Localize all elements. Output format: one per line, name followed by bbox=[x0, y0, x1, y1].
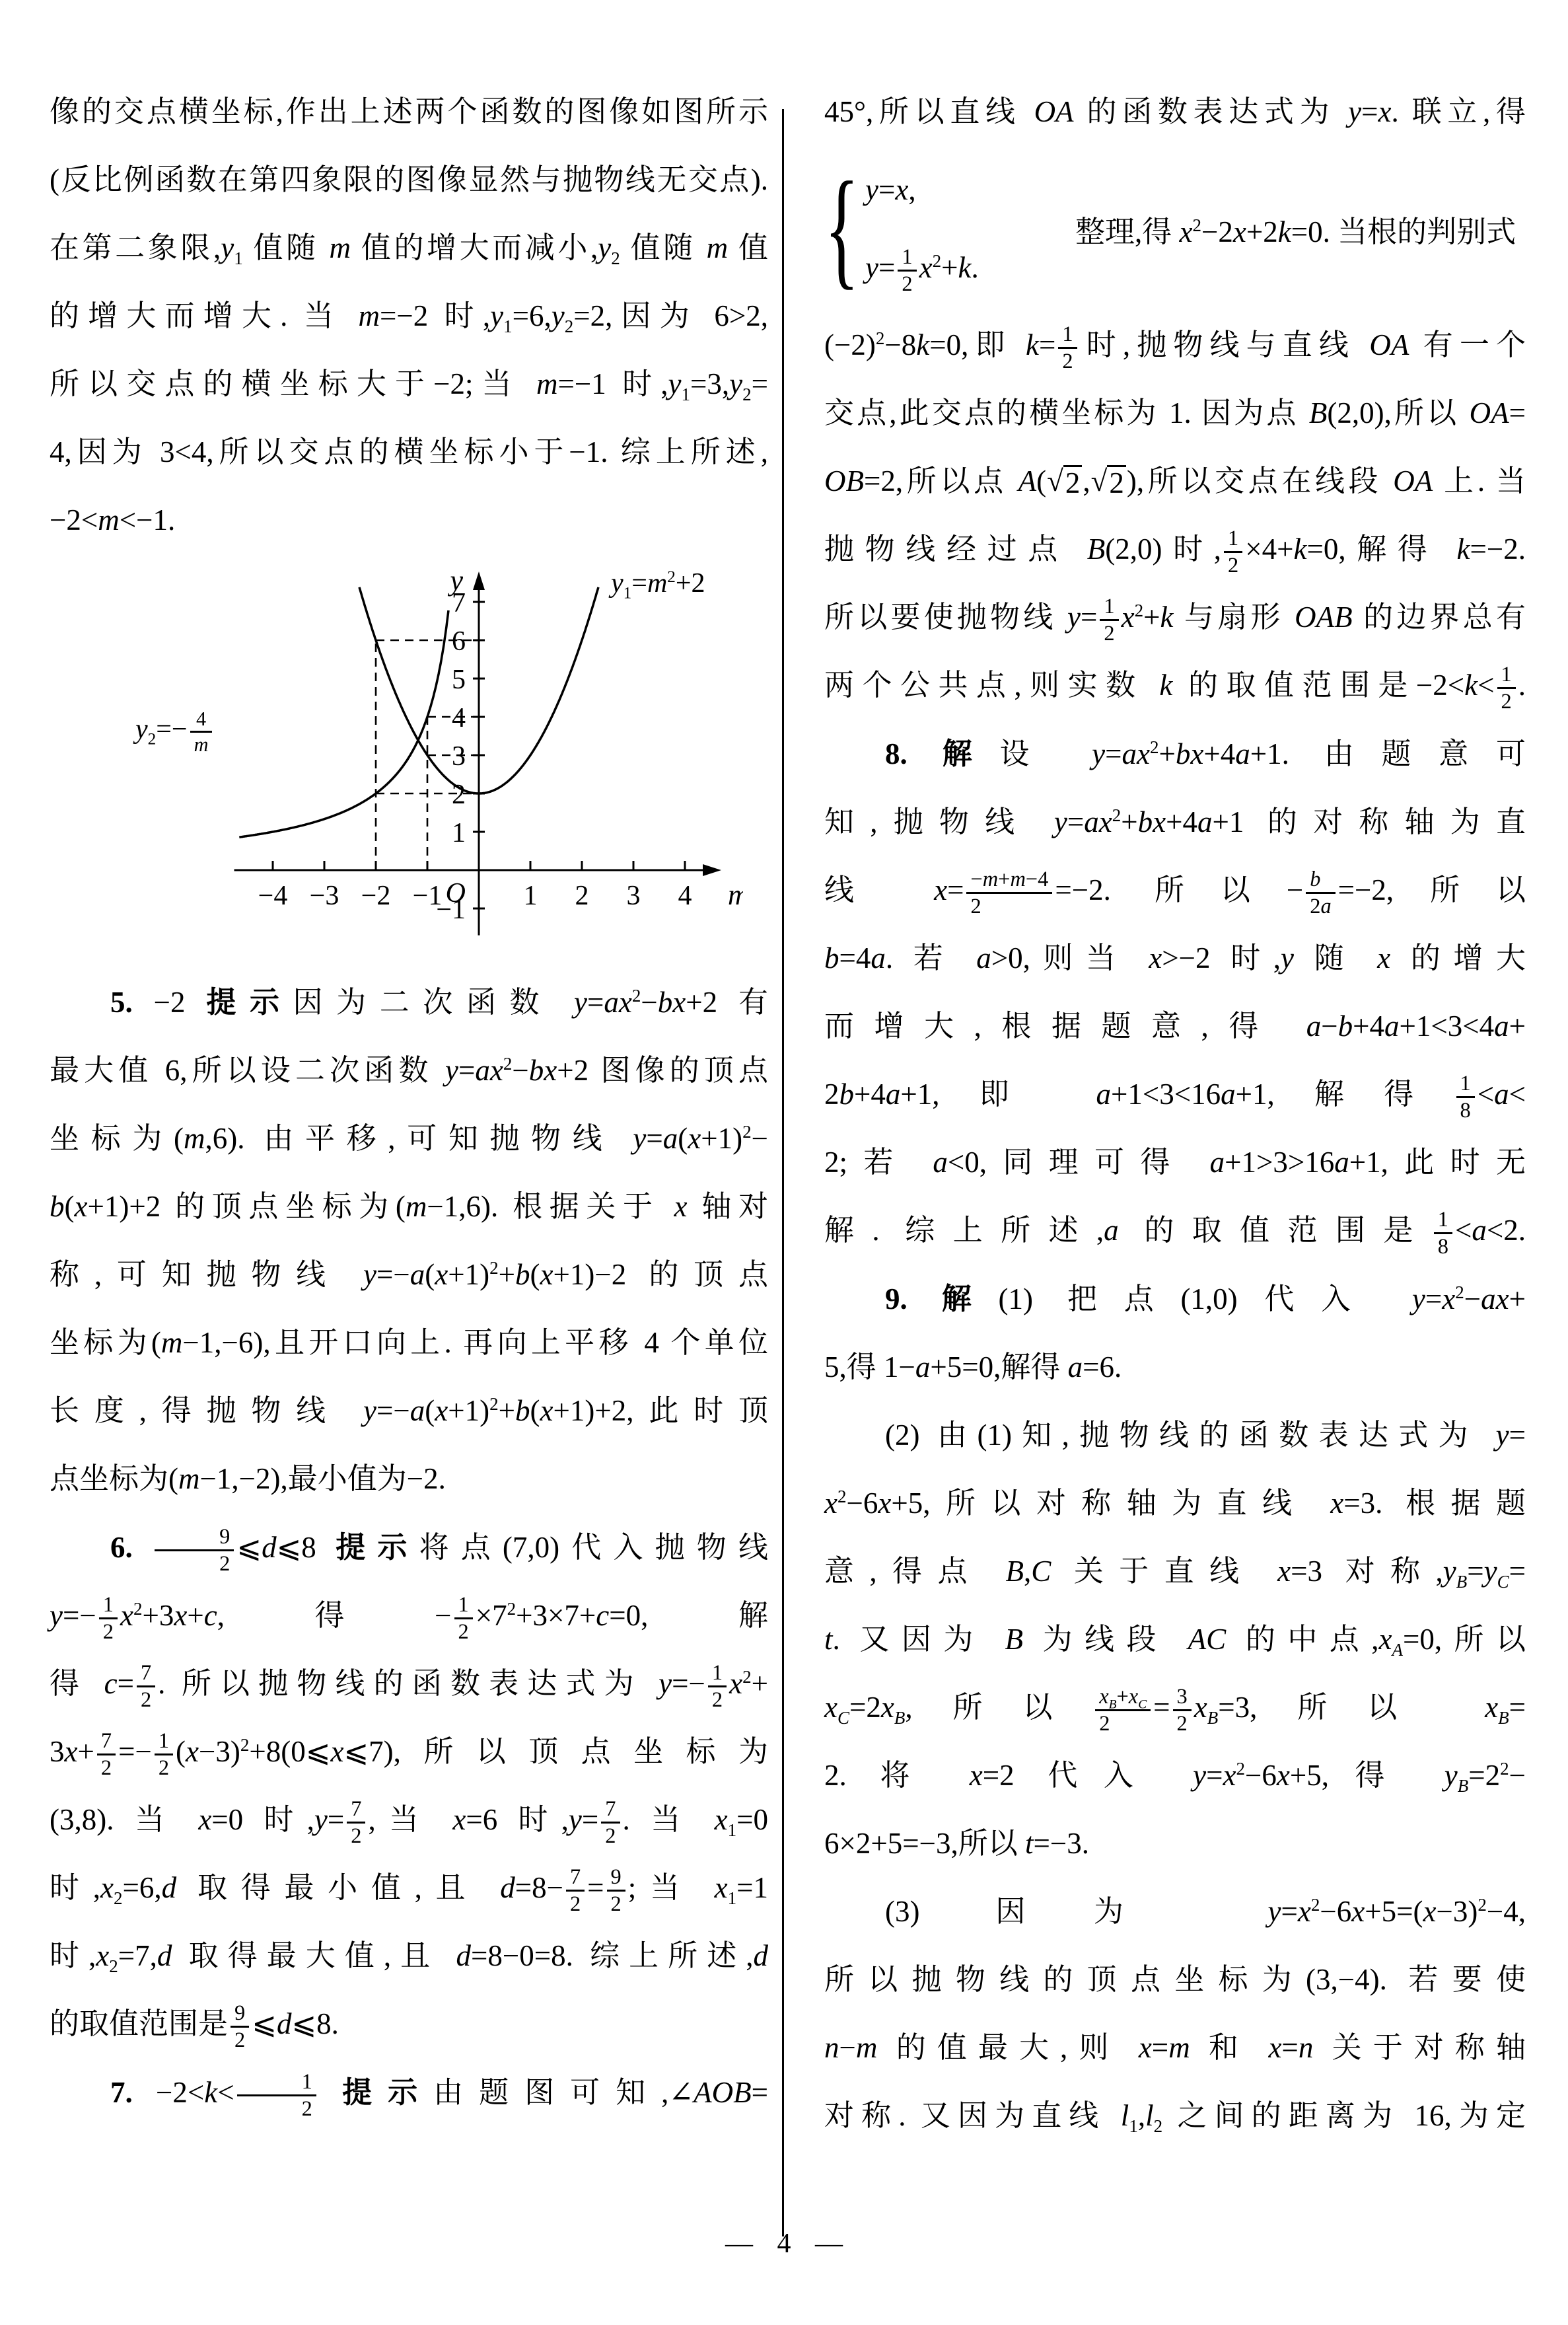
text-line: 时,x2=7,d 取得最大值,且 d=8−0=8. 综上所述,d bbox=[50, 1922, 768, 1990]
math-h: 解 bbox=[943, 737, 1000, 770]
system-eq-1: y=x, bbox=[865, 151, 1063, 229]
function-graph: ymO−4−3−2−112341234567−1 y1=m2+2 y2=−4m bbox=[89, 560, 789, 968]
text-line: 5,得 1−a+5=0,解得 a=6. bbox=[824, 1333, 1526, 1401]
fraction: −m+m−42 bbox=[966, 868, 1052, 918]
math-sub: 1 bbox=[503, 316, 513, 336]
math-h: 提示 bbox=[336, 1530, 419, 1564]
text-line: 6×2+5=−3,所以 t=−3. bbox=[824, 1810, 1526, 1878]
svg-text:−4: −4 bbox=[258, 881, 288, 911]
math-sub: 1 bbox=[728, 1888, 737, 1908]
answer-7-line: 7. −2<k<12 提示由题图可知,∠AOB= bbox=[50, 2058, 768, 2127]
square-root: √2 bbox=[1091, 465, 1126, 500]
fraction: 18 bbox=[1456, 1072, 1475, 1123]
fraction: 12 bbox=[155, 1730, 173, 1780]
fraction: 12 bbox=[1100, 595, 1118, 646]
math-sub: C bbox=[837, 1708, 849, 1728]
math-sub: 2 bbox=[148, 731, 157, 749]
math-sub: 1 bbox=[234, 248, 243, 268]
svg-text:1: 1 bbox=[524, 881, 538, 911]
graph-canvas: ymO−4−3−2−112341234567−1 bbox=[89, 560, 789, 956]
text-line: 在第二象限,y1 值随 m 值的增大而减小,y2 值随 m 值 bbox=[50, 214, 768, 282]
math-sup: 2 bbox=[1135, 601, 1144, 620]
text-line: 时,x2=6,d 取得最小值,且 d=8−72=92;当 x1=1 bbox=[50, 1854, 768, 1922]
system-eq-2: y=12x2+k. bbox=[865, 229, 1063, 307]
math-sup: 2 bbox=[1193, 215, 1202, 235]
right-column: 45°,所以直线 OA 的函数表达式为 y=x. 联立,得 { y=x, y=1… bbox=[824, 78, 1526, 2150]
fraction: 72 bbox=[347, 1798, 365, 1848]
fraction: 12 bbox=[1058, 323, 1077, 373]
text-line: 交点,此交点的横坐标为 1. 因为点 B(2,0),所以 OA= bbox=[824, 379, 1526, 447]
answer-6-line: 6. 92⩽d⩽8 提示将点(7,0)代入抛物线 bbox=[50, 1513, 768, 1582]
math-sup: 2 bbox=[1236, 1759, 1245, 1779]
svg-text:5: 5 bbox=[452, 665, 466, 695]
svg-text:7: 7 bbox=[452, 588, 466, 618]
svg-text:m: m bbox=[728, 879, 743, 911]
fraction: 72 bbox=[137, 1662, 155, 1712]
text-line: 对称. 又因为直线 l1,l2 之间的距离为 16,为定 bbox=[824, 2082, 1526, 2150]
text-line: 所以交点的横坐标大于−2;当 m=−1 时,y1=3,y2= bbox=[50, 350, 768, 418]
math-sub: A bbox=[1392, 1640, 1403, 1660]
fraction: 12 bbox=[1224, 527, 1242, 577]
text-line: 2;若 a<0,同理可得 a+1>3>16a+1,此时无 bbox=[824, 1128, 1526, 1197]
equation-system: { y=x, y=12x2+k. 整理,得 x2−2x+2k=0. 当根的判别式 bbox=[824, 146, 1526, 311]
math-sup: 2 bbox=[667, 568, 676, 586]
text-line: 而增大,根据题意,得 a−b+4a+1<3<4a+ bbox=[824, 992, 1526, 1060]
left-brace: { bbox=[824, 153, 846, 305]
fraction: 12 bbox=[898, 246, 916, 296]
svg-text:4: 4 bbox=[678, 881, 692, 911]
fraction: 72 bbox=[601, 1798, 620, 1848]
math-sub: 1 bbox=[624, 584, 632, 602]
answer-9-line: 9. 解(1) 把点(1,0)代入 y=x2−ax+ bbox=[824, 1265, 1526, 1333]
math-sub: C bbox=[1497, 1572, 1509, 1592]
math-b: 5. bbox=[110, 986, 133, 1019]
svg-text:4: 4 bbox=[452, 703, 466, 733]
text-line: 意,得点 B,C 关于直线 x=3 对称,yB=yC= bbox=[824, 1537, 1526, 1605]
math-sub: B bbox=[894, 1708, 906, 1728]
math-b: 9. bbox=[885, 1282, 908, 1315]
math-sub: B bbox=[1109, 1697, 1117, 1711]
text-line: 的取值范围是92⩽d⩽8. bbox=[50, 1990, 768, 2058]
math-h: 提示 bbox=[206, 985, 293, 1019]
math-sub: B bbox=[1456, 1572, 1468, 1592]
answer-9-part3-line: (3) 因为 y=x2−6x+5=(x−3)2−4, bbox=[824, 1878, 1526, 1946]
text-line: n−m 的值最大,则 x=m 和 x=n 关于对称轴 bbox=[824, 2014, 1526, 2082]
text-line: 所以抛物线的顶点坐标为(3,−4). 若要使 bbox=[824, 1946, 1526, 2014]
math-sup: 2 bbox=[1311, 1895, 1320, 1915]
text-line: b(x+1)+2 的顶点坐标为(m−1,6). 根据关于 x 轴对 bbox=[50, 1173, 768, 1241]
math-b: 6. bbox=[110, 1531, 133, 1564]
math-sup: 2 bbox=[1150, 737, 1159, 757]
math-sub: 2 bbox=[1154, 2116, 1163, 2136]
system-equations: y=x, y=12x2+k. bbox=[865, 151, 1063, 307]
fraction: 92 bbox=[231, 2002, 249, 2052]
math-sup: 2 bbox=[837, 1487, 847, 1506]
svg-text:−3: −3 bbox=[310, 881, 339, 911]
math-sup: 2 bbox=[933, 251, 942, 271]
text-line: 称,可知抛物线 y=−a(x+1)2+b(x+1)−2 的顶点 bbox=[50, 1241, 768, 1309]
text-line: xC=2xB,所以xB+xC2=32xB=3,所以 xB= bbox=[824, 1674, 1526, 1742]
math-sub: 1 bbox=[681, 385, 690, 404]
math-sup: 2 bbox=[489, 1394, 499, 1414]
answer-5-line: 5. −2 提示因为二次函数 y=ax2−bx+2 有 bbox=[50, 968, 768, 1037]
svg-text:2: 2 bbox=[575, 881, 589, 911]
fraction: 72 bbox=[566, 1866, 585, 1916]
math-sup: 2 bbox=[240, 1735, 250, 1755]
svg-text:6: 6 bbox=[452, 626, 466, 657]
fraction: b2a bbox=[1306, 868, 1335, 918]
fraction: 12 bbox=[1497, 663, 1516, 714]
fraction: 12 bbox=[237, 2071, 316, 2121]
math-sup: 2 bbox=[503, 1054, 513, 1074]
text-line: 抛物线经过点 B(2,0)时,12×4+k=0,解得 k=−2. bbox=[824, 515, 1526, 583]
fraction: 12 bbox=[454, 1594, 473, 1644]
text-line: (反比例函数在第四象限的图像显然与抛物线无交点). bbox=[50, 146, 768, 214]
svg-text:−2: −2 bbox=[361, 881, 391, 911]
text-line: 解. 综上所述,a 的取值范围是18<a<2. bbox=[824, 1197, 1526, 1265]
left-column: 像的交点横坐标,作出上述两个函数的图像如图所示 (反比例函数在第四象限的图像显然… bbox=[50, 78, 768, 2127]
math-sup: 2 bbox=[1500, 1759, 1509, 1779]
fraction: 72 bbox=[97, 1730, 116, 1780]
text-line: OB=2,所以点 A(√2,√2),所以交点在线段 OA 上. 当 bbox=[824, 447, 1526, 515]
text-line: 4,因为 3<4,所以交点的横坐标小于−1. 综上所述, bbox=[50, 418, 768, 486]
math-sub: 2 bbox=[114, 1888, 123, 1908]
text-line: 2. 将 x=2 代入 y=x2−6x+5,得 yB=22− bbox=[824, 1742, 1526, 1810]
math-sub: 2 bbox=[565, 316, 574, 336]
fraction: 92 bbox=[155, 1526, 234, 1576]
text-line: −2<m<−1. bbox=[50, 486, 768, 554]
math-b: 8. bbox=[885, 737, 908, 770]
graph-svg: ymO−4−3−2−112341234567−1 bbox=[89, 560, 743, 956]
math-h: 提示 bbox=[342, 2075, 433, 2109]
text-line: 点坐标为(m−1,−2),最小值为−2. bbox=[50, 1445, 768, 1513]
text-line: 的增大而增大. 当 m=−2 时,y1=6,y2=2,因为 6>2, bbox=[50, 282, 768, 350]
math-sub: C bbox=[1138, 1697, 1147, 1711]
fraction: 92 bbox=[607, 1866, 625, 1916]
svg-text:1: 1 bbox=[452, 818, 466, 848]
math-sup: 2 bbox=[742, 1667, 752, 1687]
math-sup: 2 bbox=[507, 1599, 517, 1619]
fraction: 12 bbox=[99, 1594, 118, 1644]
text-line: 坐标为(m,6). 由平移,可知抛物线 y=a(x+1)2− bbox=[50, 1105, 768, 1173]
fraction: 18 bbox=[1434, 1208, 1452, 1259]
math-sub: 1 bbox=[728, 1820, 737, 1840]
math-sub: B bbox=[1207, 1708, 1219, 1728]
math-sub: 2 bbox=[611, 248, 620, 268]
math-sup: 2 bbox=[1112, 805, 1122, 825]
text-line: t. 又因为 B 为线段 AC 的中点,xA=0,所以 bbox=[824, 1605, 1526, 1674]
text-line: 坐标为(m−1,−6),且开口向上. 再向上平移 4 个单位 bbox=[50, 1309, 768, 1377]
svg-text:−1: −1 bbox=[436, 895, 466, 925]
workbook-page: 像的交点横坐标,作出上述两个函数的图像如图所示 (反比例函数在第四象限的图像显然… bbox=[0, 0, 1568, 2325]
answer-8-line: 8. 解设 y=ax2+bx+4a+1. 由题意可 bbox=[824, 720, 1526, 788]
text-line: y=−12x2+3x+c,得−12×72+3×7+c=0,解 bbox=[50, 1582, 768, 1650]
text-line: 2b+4a+1,即 a+1<3<16a+1,解得18<a< bbox=[824, 1060, 1526, 1128]
text-line: (−2)2−8k=0,即 k=12时,抛物线与直线 OA 有一个 bbox=[824, 311, 1526, 379]
math-sub: 1 bbox=[1129, 2116, 1138, 2136]
curve-label-parabola: y1=m2+2 bbox=[611, 568, 705, 599]
fraction: 4m bbox=[190, 708, 213, 755]
math-sub: B bbox=[1498, 1708, 1509, 1728]
text-line: 长度,得抛物线 y=−a(x+1)2+b(x+1)+2,此时顶 bbox=[50, 1377, 768, 1445]
text-line: 得 c=72. 所以抛物线的函数表达式为 y=−12x2+ bbox=[50, 1650, 768, 1718]
page-number-footer: — 4 — bbox=[0, 2228, 1568, 2260]
system-tail-text: 整理,得 x2−2x+2k=0. 当根的判别式 bbox=[1075, 207, 1516, 250]
math-b: 7. bbox=[110, 2076, 133, 2109]
text-line: 知,抛物线 y=ax2+bx+4a+1 的对称轴为直 bbox=[824, 788, 1526, 856]
text-line: 像的交点横坐标,作出上述两个函数的图像如图所示 bbox=[50, 78, 768, 146]
curve-label-hyperbola: y2=−4m bbox=[135, 708, 215, 755]
column-divider-rule bbox=[782, 109, 784, 2236]
square-root: √2 bbox=[1047, 465, 1082, 500]
text-line: x2−6x+5,所以对称轴为直线 x=3. 根据题 bbox=[824, 1469, 1526, 1537]
text-line: 线 x=−m+m−42=−2. 所以−b2a=−2,所以 bbox=[824, 856, 1526, 924]
math-sub: 2 bbox=[742, 385, 752, 404]
answer-9-part2-line: (2) 由(1)知,抛物线的函数表达式为 y= bbox=[824, 1401, 1526, 1469]
math-sup: 2 bbox=[632, 986, 641, 1006]
math-sup: 2 bbox=[742, 1122, 752, 1142]
fraction: 32 bbox=[1173, 1685, 1192, 1736]
math-sup: 2 bbox=[489, 1258, 499, 1278]
math-sup: 2 bbox=[133, 1599, 143, 1619]
math-sup: 2 bbox=[1478, 1895, 1487, 1915]
text-line: (3,8). 当 x=0 时,y=72,当 x=6 时,y=72. 当 x1=0 bbox=[50, 1786, 768, 1854]
math-sub: 2 bbox=[109, 1956, 118, 1976]
svg-text:3: 3 bbox=[627, 881, 641, 911]
text-line: 3x+72=−12(x−3)2+8(0⩽x⩽7),所以顶点坐标为 bbox=[50, 1718, 768, 1786]
text-line: 两个公共点,则实数 k 的取值范围是−2<k<12. bbox=[824, 651, 1526, 720]
text-line: b=4a. 若 a>0,则当 x>−2 时,y 随 x 的增大 bbox=[824, 924, 1526, 992]
text-line: 最大值 6,所以设二次函数 y=ax2−bx+2 图像的顶点 bbox=[50, 1037, 768, 1105]
math-sub: B bbox=[1458, 1776, 1469, 1796]
math-sup: 2 bbox=[876, 328, 885, 348]
fraction: xB+xC2 bbox=[1095, 1685, 1151, 1736]
fraction: 12 bbox=[708, 1662, 727, 1712]
math-sup: 2 bbox=[1455, 1282, 1464, 1302]
text-line: 45°,所以直线 OA 的函数表达式为 y=x. 联立,得 bbox=[824, 78, 1526, 146]
svg-text:3: 3 bbox=[452, 741, 466, 772]
math-h: 解 bbox=[942, 1282, 999, 1315]
text-line: 所以要使抛物线 y=12x2+k 与扇形 OAB 的边界总有 bbox=[824, 583, 1526, 651]
